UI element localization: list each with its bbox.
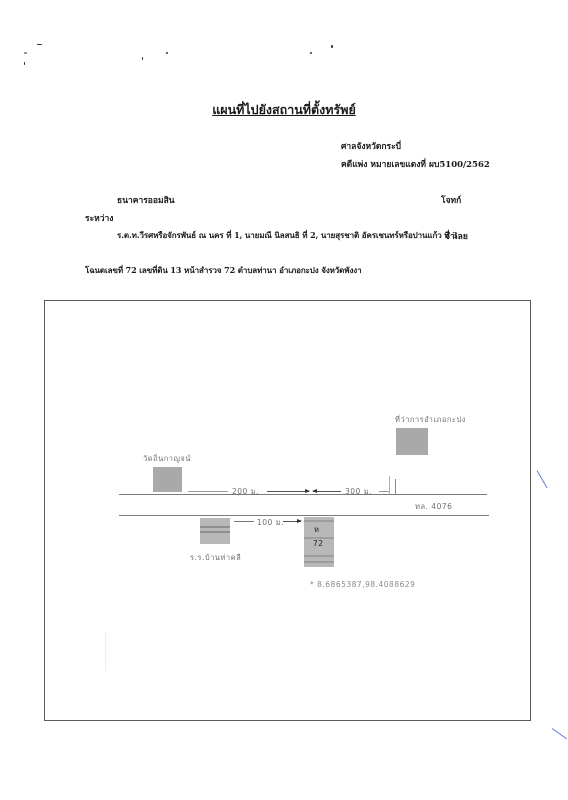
scan-artifact <box>166 52 168 54</box>
pen-mark <box>552 728 567 739</box>
pen-mark <box>537 470 548 488</box>
road-edge-top <box>119 494 487 495</box>
school-distance-arrow <box>283 521 301 522</box>
temple-block <box>153 467 182 492</box>
scan-artifact <box>24 52 27 54</box>
office-distance-line <box>379 491 389 492</box>
road-label: ทล. 4076 <box>415 501 452 513</box>
plaintiff-role: โจทก์ <box>441 193 461 207</box>
temple-distance-line <box>188 491 228 492</box>
school-label: ร.ร.บ้านท่าคลี <box>190 552 241 564</box>
temple-distance-arrow <box>267 491 309 492</box>
between-label: ระหว่าง <box>85 211 113 225</box>
scan-artifact <box>24 62 25 65</box>
scan-artifact <box>310 52 312 54</box>
location-map: วัดถิ่นกาญจน์ ที่ว่าการอำเภอกะปง 200 ม. … <box>44 300 531 721</box>
property-marker-number: 72 <box>313 539 324 548</box>
office-distance: 300 ม. <box>345 486 372 498</box>
property-marker-top: ห <box>314 524 319 536</box>
office-distance-arrow <box>313 491 341 492</box>
road-edge-bottom <box>119 515 489 516</box>
scan-artifact <box>37 44 42 45</box>
defendant-names: ร.ต.ท.วีรศหรือจักรพันธ์ ณ นคร ที่ 1, นาย… <box>117 229 458 242</box>
side-road-left <box>389 476 390 494</box>
property-coordinates: * 8.6865387,98.4088629 <box>310 580 415 589</box>
school-distance: 100 ม. <box>257 517 284 529</box>
scan-artifact <box>142 57 143 60</box>
case-number: คดีแพ่ง หมายเลขแดงที่ ผบ5100/2562 <box>341 157 490 171</box>
school-block <box>200 518 230 544</box>
deed-info: โฉนดเลขที่ 72 เลขที่ดิน 13 หน้าสำรวจ 72 … <box>85 264 361 277</box>
scan-artifact <box>331 45 333 48</box>
defendant-role: จำเลย <box>445 229 468 243</box>
court-name: ศาลจังหวัดกระบี่ <box>341 139 401 153</box>
scan-artifact <box>105 631 106 671</box>
plaintiff-name: ธนาคารออมสิน <box>117 193 175 207</box>
property-block: ห 72 <box>304 517 334 567</box>
temple-distance: 200 ม. <box>232 486 259 498</box>
side-road-right <box>395 479 396 494</box>
school-distance-line <box>234 521 254 522</box>
district-office-label: ที่ว่าการอำเภอกะปง <box>395 414 466 426</box>
district-office-block <box>396 428 428 455</box>
temple-label: วัดถิ่นกาญจน์ <box>143 453 191 465</box>
document-title: แผนที่ไปยังสถานที่ตั้งทรัพย์ <box>0 100 568 120</box>
